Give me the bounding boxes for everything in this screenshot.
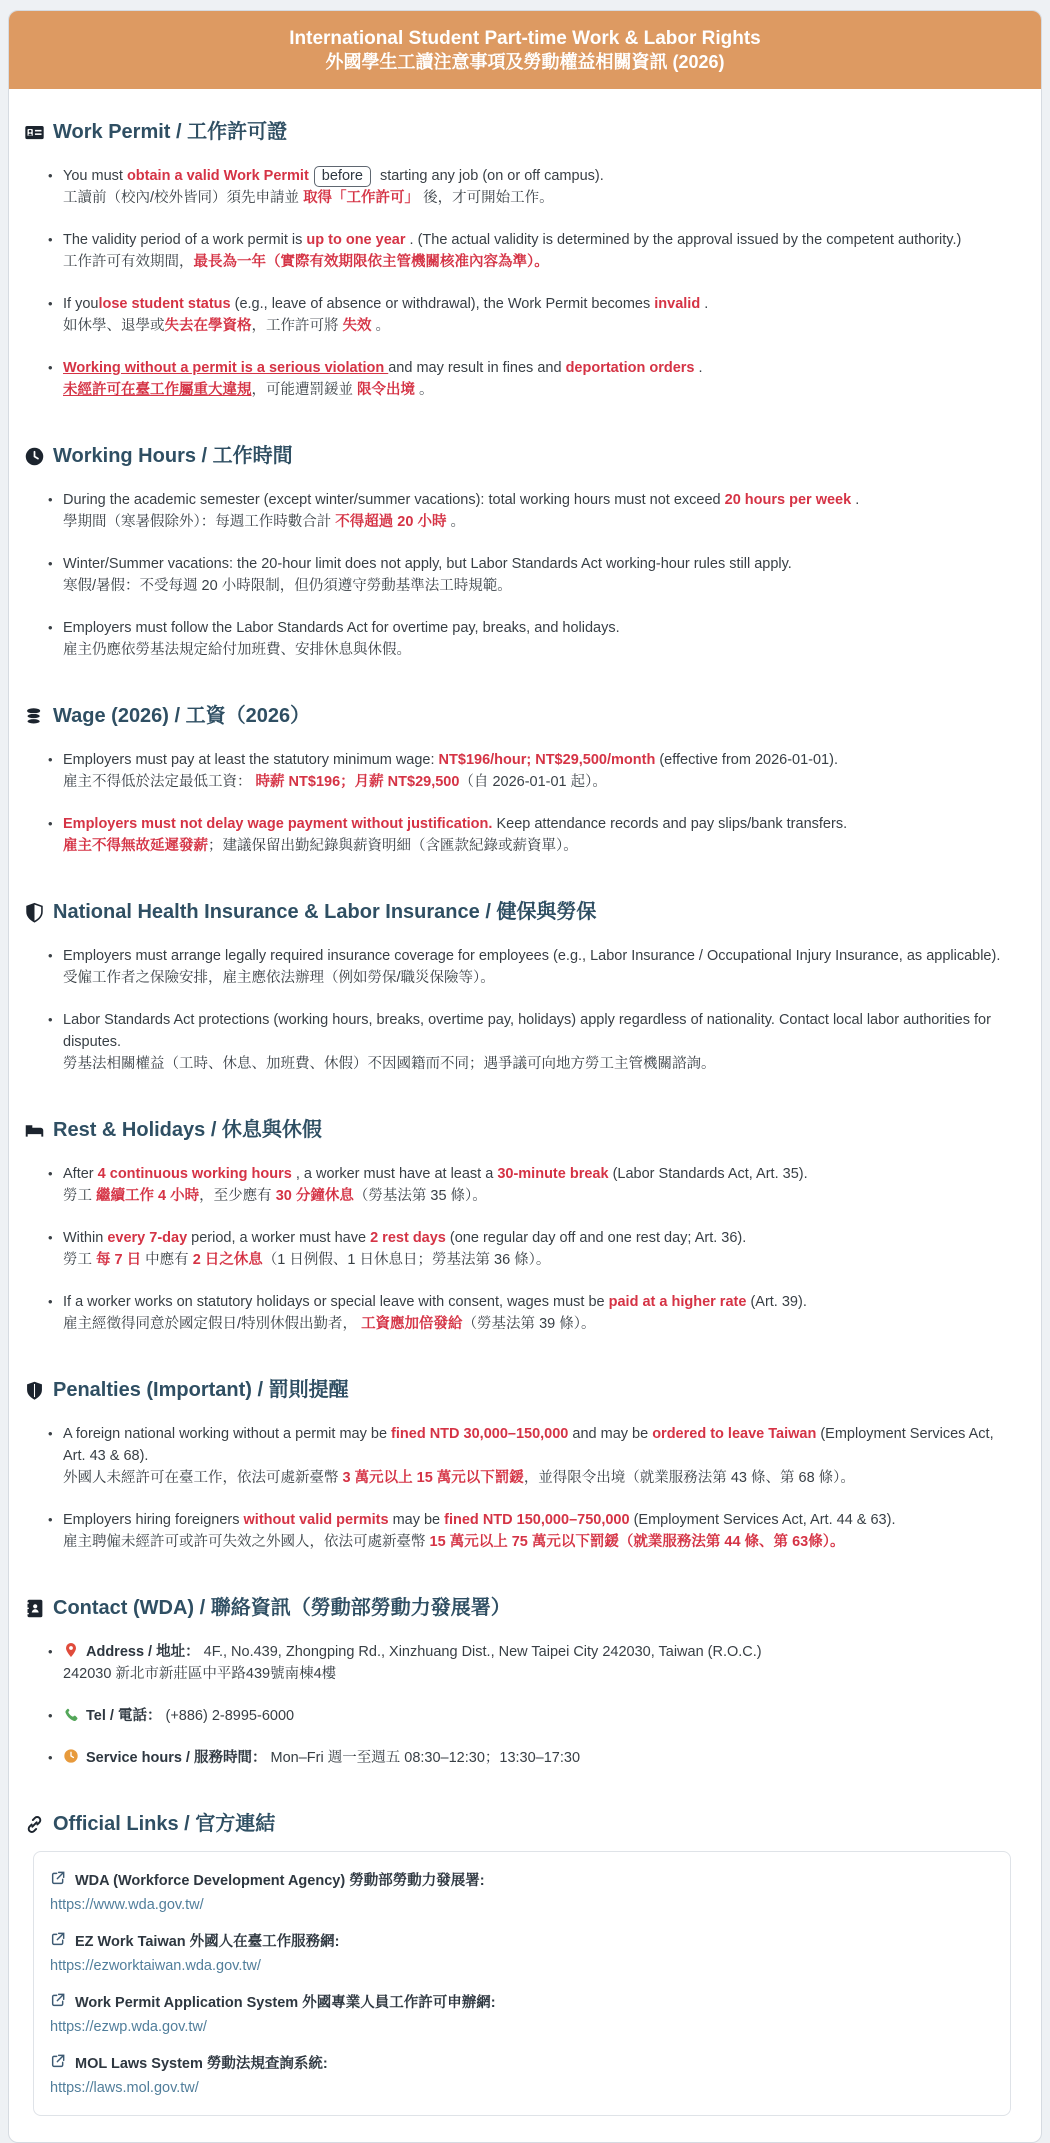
text-segment: 242030 新北市新莊區中平路439號南棟4樓 xyxy=(63,1666,336,1682)
text-segment: 繼續工作 4 小時 xyxy=(96,1188,199,1204)
document-card: International Student Part-time Work & L… xyxy=(8,10,1042,2000)
section-title: Official Links / 官方連結 xyxy=(53,1811,275,1837)
text-segment: 15 萬元以上 75 萬元以下罰鍰（就業服務法第 44 條、第 63條）。 xyxy=(430,1534,845,1550)
text-segment: 時薪 NT$196；月薪 NT$29,500 xyxy=(256,774,460,790)
bullet-line-en: If a worker works on statutory holidays … xyxy=(63,1291,1011,1313)
text-segment: ，並得限令出境（就業服務法第 43 條、第 68 條）。 xyxy=(524,1470,855,1486)
link-label: Work Permit Application System 外國專業人員工作許… xyxy=(50,1992,994,2000)
external-link-icon xyxy=(50,1870,66,1892)
text-segment: fined NTD 30,000–150,000 xyxy=(391,1426,568,1442)
bullet-line-en: Labor Standards Act protections (working… xyxy=(63,1009,1011,1053)
text-segment: Working without a permit is a serious vi… xyxy=(63,360,388,376)
text-segment: Employers must pay at least the statutor… xyxy=(63,752,439,768)
text-segment: A foreign national working without a per… xyxy=(63,1426,391,1442)
section-title: National Health Insurance & Labor Insura… xyxy=(53,899,596,925)
text-segment: 未經許可在臺工作屬重大違規 xyxy=(63,382,252,398)
text-segment: 雇主不得低於法定最低工資： xyxy=(63,774,256,790)
bullet-line-en: Address / 地址： 4F., No.439, Zhongping Rd.… xyxy=(63,1641,1011,1663)
bullet-list: During the academic semester (except win… xyxy=(23,489,1011,661)
bullet-item: Employers must follow the Labor Standard… xyxy=(47,617,1011,661)
text-segment: 2 日之休息 xyxy=(193,1252,263,1268)
text-segment: 工資應加倍發給 xyxy=(361,1316,463,1332)
text-segment: invalid xyxy=(654,296,700,312)
text-segment: 4 continuous working hours xyxy=(98,1166,292,1182)
bullet-item: Employers must arrange legally required … xyxy=(47,945,1011,989)
text-segment: 。 xyxy=(446,514,465,530)
text-segment: lose student status xyxy=(98,296,230,312)
shield-half-icon xyxy=(23,901,45,923)
text-segment: Employers hiring foreigners xyxy=(63,1512,244,1528)
bullet-item: If youlose student status (e.g., leave o… xyxy=(47,293,1011,337)
bullet-item: Labor Standards Act protections (working… xyxy=(47,1009,1011,1075)
text-segment: and may result in fines and xyxy=(388,360,565,376)
section-heading-official-links: Official Links / 官方連結 xyxy=(23,1811,1011,1837)
map-pin-icon xyxy=(63,1642,79,1658)
text-segment: ordered to leave Taiwan xyxy=(652,1426,816,1442)
bullet-line-zh: 雇主不得無故延遲發薪；建議保留出勤紀錄與薪資明細（含匯款紀錄或薪資單）。 xyxy=(63,835,1011,857)
text-segment: , a worker must have at least a xyxy=(292,1166,498,1182)
link-label-text: EZ Work Taiwan 外國人在臺工作服務網: xyxy=(75,1932,340,1952)
section-title: Wage (2026) / 工資（2026） xyxy=(53,703,310,729)
text-segment: 雇主仍應依勞基法規定給付加班費、安排休息與休假。 xyxy=(63,642,411,658)
text-segment: . xyxy=(700,296,708,312)
link-label: EZ Work Taiwan 外國人在臺工作服務網: xyxy=(50,1931,994,1953)
bullet-item: If a worker works on statutory holidays … xyxy=(47,1291,1011,1335)
link-url[interactable]: https://ezworktaiwan.wda.gov.tw/ xyxy=(50,1955,994,1977)
text-segment: (Employment Services Act, Art. 44 & 63). xyxy=(630,1512,896,1528)
link-item: Work Permit Application System 外國專業人員工作許… xyxy=(50,1992,994,2000)
text-segment: (+886) 2-8995-6000 xyxy=(161,1708,294,1724)
bullet-line-en: Tel / 電話： (+886) 2-8995-6000 xyxy=(63,1705,1011,1727)
bullet-list: Employers must arrange legally required … xyxy=(23,945,1011,1075)
text-segment: 。 xyxy=(372,318,391,334)
bullet-line-zh: 受僱工作者之保險安排，雇主應依法辦理（例如勞保/職災保險等）。 xyxy=(63,967,1011,989)
bullet-line-zh: 學期間（寒暑假除外）：每週工作時數合計 不得超過 20 小時 。 xyxy=(63,511,1011,533)
section-heading-rest-holidays: Rest & Holidays / 休息與休假 xyxy=(23,1117,1011,1143)
link-item: WDA (Workforce Development Agency) 勞動部勞動… xyxy=(50,1870,994,1916)
bullet-line-en: During the academic semester (except win… xyxy=(63,489,1011,511)
bullet-line-en: If youlose student status (e.g., leave o… xyxy=(63,293,1011,315)
bullet-list: After 4 continuous working hours , a wor… xyxy=(23,1163,1011,1335)
text-segment: 3 萬元以上 15 萬元以下罰鍰 xyxy=(343,1470,524,1486)
bullet-item: Tel / 電話： (+886) 2-8995-6000 xyxy=(47,1705,1011,1727)
bullet-line-en: After 4 continuous working hours , a wor… xyxy=(63,1163,1011,1185)
section-heading-work-permit: Work Permit / 工作許可證 xyxy=(23,119,1011,145)
link-label: WDA (Workforce Development Agency) 勞動部勞動… xyxy=(50,1870,994,1892)
bullet-line-en: Employers hiring foreigners without vali… xyxy=(63,1509,1011,1531)
bullet-line-en: Within every 7-day period, a worker must… xyxy=(63,1227,1011,1249)
text-segment: Tel / 電話： xyxy=(86,1708,161,1724)
section-title: Working Hours / 工作時間 xyxy=(53,443,293,469)
text-segment: 最長為一年（實際有效期限依主管機關核准內容為準）。 xyxy=(194,254,549,270)
text-segment: 勞工 xyxy=(63,1252,96,1268)
bullet-line-zh: 外國人未經許可在臺工作，依法可處新臺幣 3 萬元以上 15 萬元以下罰鍰，並得限… xyxy=(63,1467,1011,1489)
clock-icon xyxy=(23,445,45,467)
section-heading-working-hours: Working Hours / 工作時間 xyxy=(23,443,1011,469)
bullet-line-en: Employers must not delay wage payment wi… xyxy=(63,813,1011,835)
section-title: Penalties (Important) / 罰則提醒 xyxy=(53,1377,349,1403)
coins-icon xyxy=(23,705,45,727)
page-title-zh: 外國學生工讀注意事項及勞動權益相關資訊 (2026) xyxy=(325,51,724,74)
bullet-line-en: Employers must pay at least the statutor… xyxy=(63,749,1011,771)
bullet-line-zh: 雇主不得低於法定最低工資： 時薪 NT$196；月薪 NT$29,500（自 2… xyxy=(63,771,1011,793)
section-heading-penalties: Penalties (Important) / 罰則提醒 xyxy=(23,1377,1011,1403)
link-label-text: WDA (Workforce Development Agency) 勞動部勞動… xyxy=(75,1871,485,1891)
text-segment: fined NTD 150,000–750,000 xyxy=(444,1512,629,1528)
bullet-list: Employers must pay at least the statutor… xyxy=(23,749,1011,857)
text-segment: 4F., No.439, Zhongping Rd., Xinzhuang Di… xyxy=(200,1644,762,1660)
text-segment: （自 2026-01-01 起）。 xyxy=(459,774,606,790)
text-segment: NT$196/hour; NT$29,500/month xyxy=(439,752,656,768)
bullet-line-en: Employers must arrange legally required … xyxy=(63,945,1011,967)
text-segment: every 7-day xyxy=(107,1230,187,1246)
bullet-line-zh: 寒假/暑假：不受每週 20 小時限制，但仍須遵守勞動基準法工時規範。 xyxy=(63,575,1011,597)
bullet-line-zh: 雇主聘僱未經許可或許可失效之外國人，依法可處新臺幣 15 萬元以上 75 萬元以… xyxy=(63,1531,1011,1553)
bullet-line-en: You must obtain a valid Work Permitbefor… xyxy=(63,165,1011,187)
text-segment: 20 hours per week xyxy=(725,492,852,508)
text-segment: Labor Standards Act protections (working… xyxy=(63,1012,991,1050)
bullet-line-zh: 未經許可在臺工作屬重大違規，可能遭罰鍰並 限令出境 。 xyxy=(63,379,1011,401)
text-segment: 受僱工作者之保險安排，雇主應依法辦理（例如勞保/職災保險等）。 xyxy=(63,970,495,986)
text-segment: starting any job (on or off campus). xyxy=(376,168,604,184)
text-segment: （勞基法第 35 條）。 xyxy=(354,1188,487,1204)
text-segment: Address / 地址： xyxy=(86,1644,200,1660)
text-segment: Employers must arrange legally required … xyxy=(63,948,1000,964)
text-segment: （勞基法第 39 條）。 xyxy=(463,1316,596,1332)
text-segment: and may be xyxy=(568,1426,652,1442)
text-segment: Employers must not delay wage payment wi… xyxy=(63,816,492,832)
text-segment: ；建議保留出勤紀錄與薪資明細（含匯款紀錄或薪資單）。 xyxy=(208,838,578,854)
text-segment: 中應有 xyxy=(141,1252,193,1268)
bullet-line-en: The validity period of a work permit is … xyxy=(63,229,1011,251)
page-title-en: International Student Part-time Work & L… xyxy=(289,27,761,51)
section-heading-wage-2026: Wage (2026) / 工資（2026） xyxy=(23,703,1011,729)
bullet-item: Within every 7-day period, a worker must… xyxy=(47,1227,1011,1271)
section-title: Rest & Holidays / 休息與休假 xyxy=(53,1117,322,1143)
text-segment: Keep attendance records and pay slips/ba… xyxy=(492,816,847,832)
section-heading-insurance: National Health Insurance & Labor Insura… xyxy=(23,899,1011,925)
shield-icon xyxy=(23,1379,45,1401)
page-header: International Student Part-time Work & L… xyxy=(9,11,1041,89)
text-segment: Winter/Summer vacations: the 20-hour lim… xyxy=(63,556,792,572)
bullet-line-zh: 雇主經徵得同意於國定假日/特別休假出勤者， 工資應加倍發給（勞基法第 39 條）… xyxy=(63,1313,1011,1335)
text-segment: The validity period of a work permit is xyxy=(63,232,306,248)
contact-card-icon xyxy=(23,1597,45,1619)
bullet-line-zh: 242030 新北市新莊區中平路439號南棟4樓 xyxy=(63,1663,1011,1685)
text-segment: (Art. 39). xyxy=(746,1294,806,1310)
text-segment: . (The actual validity is determined by … xyxy=(405,232,961,248)
text-segment: obtain a valid Work Permit xyxy=(127,168,309,184)
section-contact-wda: Contact (WDA) / 聯絡資訊（勞動部勞動力發展署）Address /… xyxy=(23,1595,1011,1769)
bullet-list: You must obtain a valid Work Permitbefor… xyxy=(23,165,1011,401)
section-working-hours: Working Hours / 工作時間During the academic … xyxy=(23,443,1011,661)
text-segment: ，工作許可將 xyxy=(252,318,343,334)
bullet-line-en: Working without a permit is a serious vi… xyxy=(63,357,1011,379)
text-segment: period, a worker must have xyxy=(187,1230,370,1246)
text-segment: without valid permits xyxy=(244,1512,389,1528)
text-segment: 失效 xyxy=(343,318,372,334)
text-segment: 外國人未經許可在臺工作，依法可處新臺幣 xyxy=(63,1470,343,1486)
link-url[interactable]: https://www.wda.gov.tw/ xyxy=(50,1894,994,1916)
text-segment: deportation orders xyxy=(566,360,695,376)
text-segment: 雇主不得無故延遲發薪 xyxy=(63,838,208,854)
text-segment: 雇主經徵得同意於國定假日/特別休假出勤者， xyxy=(63,1316,361,1332)
bullet-list: Address / 地址： 4F., No.439, Zhongping Rd.… xyxy=(23,1641,1011,1769)
text-segment: up to one year xyxy=(306,232,405,248)
bullet-line-zh: 勞基法相關權益（工時、休息、加班費、休假）不因國籍而不同；遇爭議可向地方勞工主管… xyxy=(63,1053,1011,1075)
text-segment: If you xyxy=(63,296,98,312)
text-segment: Mon–Fri 週一至週五 08:30–12:30；13:30–17:30 xyxy=(267,1750,581,1766)
bullet-item: You must obtain a valid Work Permitbefor… xyxy=(47,165,1011,209)
bullet-list: A foreign national working without a per… xyxy=(23,1423,1011,1553)
text-segment: Employers must follow the Labor Standard… xyxy=(63,620,620,636)
bullet-item: Working without a permit is a serious vi… xyxy=(47,357,1011,401)
id-card-icon xyxy=(23,121,45,143)
section-work-permit: Work Permit / 工作許可證You must obtain a val… xyxy=(23,119,1011,401)
bullet-line-en: Employers must follow the Labor Standard… xyxy=(63,617,1011,639)
text-segment: 30 分鐘休息 xyxy=(276,1188,354,1204)
text-segment: (e.g., leave of absence or withdrawal), … xyxy=(231,296,655,312)
bullet-item: Address / 地址： 4F., No.439, Zhongping Rd.… xyxy=(47,1641,1011,1685)
text-segment: 限令出境 xyxy=(357,382,415,398)
section-heading-contact-wda: Contact (WDA) / 聯絡資訊（勞動部勞動力發展署） xyxy=(23,1595,1011,1621)
document-content: Work Permit / 工作許可證You must obtain a val… xyxy=(9,89,1041,2000)
text-segment: During the academic semester (except win… xyxy=(63,492,725,508)
text-segment: 不得超過 20 小時 xyxy=(335,514,446,530)
phone-icon xyxy=(63,1706,79,1722)
section-insurance: National Health Insurance & Labor Insura… xyxy=(23,899,1011,1075)
text-segment: 工作許可有效期間， xyxy=(63,254,194,270)
text-segment: . xyxy=(851,492,859,508)
clock-orange-icon xyxy=(63,1748,79,1764)
text-segment: 。 xyxy=(415,382,434,398)
bullet-line-zh: 雇主仍應依勞基法規定給付加班費、安排休息與休假。 xyxy=(63,639,1011,661)
text-segment: (effective from 2026-01-01). xyxy=(655,752,838,768)
text-segment: 30-minute break xyxy=(497,1166,608,1182)
section-title: Contact (WDA) / 聯絡資訊（勞動部勞動力發展署） xyxy=(53,1595,511,1621)
official-links-box: WDA (Workforce Development Agency) 勞動部勞動… xyxy=(33,1851,1011,2000)
keyword-chip: before xyxy=(314,166,371,187)
text-segment: 學期間（寒暑假除外）：每週工作時數合計 xyxy=(63,514,335,530)
bullet-item: Employers must pay at least the statutor… xyxy=(47,749,1011,793)
section-wage-2026: Wage (2026) / 工資（2026）Employers must pay… xyxy=(23,703,1011,857)
text-segment: 工讀前（校內/校外皆同）須先申請並 xyxy=(63,190,303,206)
text-segment: 2 rest days xyxy=(370,1230,446,1246)
bullet-item: A foreign national working without a per… xyxy=(47,1423,1011,1489)
text-segment: 失去在學資格 xyxy=(165,318,252,334)
external-link-icon xyxy=(50,1992,66,2000)
section-penalties: Penalties (Important) / 罰則提醒A foreign na… xyxy=(23,1377,1011,1553)
text-segment: 寒假/暑假：不受每週 20 小時限制，但仍須遵守勞動基準法工時規範。 xyxy=(63,578,512,594)
text-segment: Within xyxy=(63,1230,107,1246)
bullet-line-zh: 如休學、退學或失去在學資格，工作許可將 失效 。 xyxy=(63,315,1011,337)
text-segment: 雇主聘僱未經許可或許可失效之外國人，依法可處新臺幣 xyxy=(63,1534,430,1550)
link-label-text: Work Permit Application System 外國專業人員工作許… xyxy=(75,1993,496,2000)
text-segment: may be xyxy=(389,1512,445,1528)
bullet-line-en: A foreign national working without a per… xyxy=(63,1423,1011,1467)
text-segment: 每 7 日 xyxy=(96,1252,141,1268)
text-segment: If a worker works on statutory holidays … xyxy=(63,1294,609,1310)
bullet-line-zh: 工作許可有效期間，最長為一年（實際有效期限依主管機關核准內容為準）。 xyxy=(63,251,1011,273)
bullet-item: Employers hiring foreigners without vali… xyxy=(47,1509,1011,1553)
section-rest-holidays: Rest & Holidays / 休息與休假After 4 continuou… xyxy=(23,1117,1011,1335)
text-segment: ，至少應有 xyxy=(199,1188,276,1204)
bullet-line-en: Service hours / 服務時間： Mon–Fri 週一至週五 08:3… xyxy=(63,1747,1011,1769)
link-item: EZ Work Taiwan 外國人在臺工作服務網:https://ezwork… xyxy=(50,1931,994,1977)
bullet-item: Service hours / 服務時間： Mon–Fri 週一至週五 08:3… xyxy=(47,1747,1011,1769)
text-segment: paid at a higher rate xyxy=(609,1294,747,1310)
text-segment: 取得「工作許可」 xyxy=(303,190,419,206)
text-segment: After xyxy=(63,1166,98,1182)
bullet-item: After 4 continuous working hours , a wor… xyxy=(47,1163,1011,1207)
bullet-item: The validity period of a work permit is … xyxy=(47,229,1011,273)
text-segment: 後，才可開始工作。 xyxy=(419,190,554,206)
section-title: Work Permit / 工作許可證 xyxy=(53,119,287,145)
section-official-links: Official Links / 官方連結WDA (Workforce Deve… xyxy=(23,1811,1011,2000)
text-segment: （1 日例假、1 日休息日；勞基法第 36 條）。 xyxy=(263,1252,551,1268)
text-segment: (Labor Standards Act, Art. 35). xyxy=(609,1166,808,1182)
bullet-item: Winter/Summer vacations: the 20-hour lim… xyxy=(47,553,1011,597)
text-segment: . xyxy=(694,360,702,376)
text-segment: Service hours / 服務時間： xyxy=(86,1750,267,1766)
bullet-item: Employers must not delay wage payment wi… xyxy=(47,813,1011,857)
text-segment: 如休學、退學或 xyxy=(63,318,165,334)
bullet-item: During the academic semester (except win… xyxy=(47,489,1011,533)
external-link-icon xyxy=(50,1931,66,1953)
bed-icon xyxy=(23,1119,45,1141)
text-segment: ，可能遭罰鍰並 xyxy=(252,382,358,398)
bullet-line-zh: 勞工 繼續工作 4 小時，至少應有 30 分鐘休息（勞基法第 35 條）。 xyxy=(63,1185,1011,1207)
text-segment: 勞基法相關權益（工時、休息、加班費、休假）不因國籍而不同；遇爭議可向地方勞工主管… xyxy=(63,1056,716,1072)
bullet-line-zh: 工讀前（校內/校外皆同）須先申請並 取得「工作許可」 後，才可開始工作。 xyxy=(63,187,1011,209)
text-segment: 勞工 xyxy=(63,1188,96,1204)
bullet-line-zh: 勞工 每 7 日 中應有 2 日之休息（1 日例假、1 日休息日；勞基法第 36… xyxy=(63,1249,1011,1271)
bullet-line-en: Winter/Summer vacations: the 20-hour lim… xyxy=(63,553,1011,575)
link-icon xyxy=(23,1813,45,1835)
text-segment: (one regular day off and one rest day; A… xyxy=(446,1230,746,1246)
text-segment: You must xyxy=(63,168,127,184)
